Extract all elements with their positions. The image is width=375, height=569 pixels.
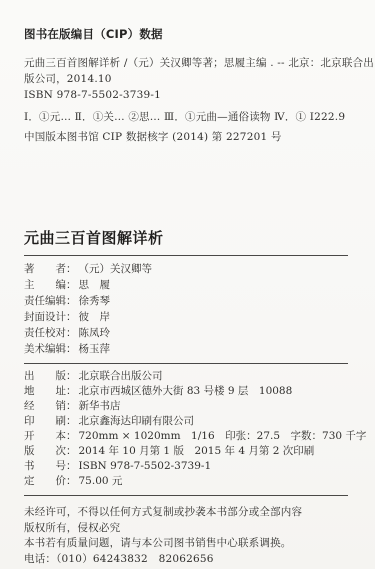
colophon-section: 元曲三百首图解详析 著 者： （元）关汉卿等 主 编： 思 履 责任编辑： 徐秀… <box>24 227 348 567</box>
publishing-list: 出 版： 北京联合出版公司 地 址： 北京市西城区德外大街 83 号楼 9 层 … <box>24 364 348 495</box>
publishing-row-printer: 印 刷： 北京鑫海达印刷有限公司 <box>24 414 348 429</box>
row-label: 著 者： <box>24 261 77 277</box>
row-value: 思 履 <box>77 277 111 293</box>
row-value: （元）关汉卿等 <box>77 261 153 277</box>
row-value: 北京鑫海达印刷有限公司 <box>77 414 195 429</box>
row-label: 责任编辑： <box>24 293 77 309</box>
credit-row-cover-design: 封面设计： 彼 岸 <box>24 309 348 325</box>
notice-quality: 本书若有质量问题，请与本公司图书销售中心联系调换。 <box>24 536 348 552</box>
row-value: ISBN 978-7-5502-3739-1 <box>77 459 212 474</box>
cip-classification-line: Ⅰ．①元… Ⅱ．①关… ②思… Ⅲ．①元曲—通俗读物 Ⅳ．① I222.9 <box>24 109 348 125</box>
row-label: 版 次： <box>24 444 77 459</box>
cip-heading: 图书在版编目（CIP）数据 <box>24 26 348 42</box>
publishing-row-distributor: 经 销： 新华书店 <box>24 399 348 414</box>
cip-section: 图书在版编目（CIP）数据 元曲三百首图解详析 /（元）关汉卿等著；思履主编 .… <box>24 26 348 145</box>
book-title: 元曲三百首图解详析 <box>24 227 348 248</box>
copyright-page: 图书在版编目（CIP）数据 元曲三百首图解详析 /（元）关汉卿等著；思履主编 .… <box>0 0 375 569</box>
credit-row-author: 著 者： （元）关汉卿等 <box>24 261 348 277</box>
row-label: 书 号： <box>24 459 77 474</box>
row-value: 新华书店 <box>77 399 121 414</box>
credit-row-proofreader: 责任校对： 陈凤玲 <box>24 325 348 341</box>
row-value: 徐秀琴 <box>77 293 111 309</box>
publishing-row-format: 开 本： 720mm × 1020mm 1/16 印张：27.5 字数：730 … <box>24 429 348 444</box>
row-label: 经 销： <box>24 399 77 414</box>
row-value: 北京联合出版公司 <box>77 369 163 384</box>
cip-description-line-2: 版公司，2014.10 <box>24 71 348 87</box>
cip-description-line-1: 元曲三百首图解详析 /（元）关汉卿等著；思履主编 . -- 北京：北京联合出 <box>24 55 348 71</box>
row-label: 责任校对： <box>24 325 77 341</box>
row-value: 彼 岸 <box>77 309 111 325</box>
notice-list: 未经许可，不得以任何方式复制或抄袭本书部分或全部内容 版权所有，侵权必究 本书若… <box>24 496 348 567</box>
publishing-row-edition: 版 次： 2014 年 10 月第 1 版 2015 年 4 月第 2 次印刷 <box>24 444 348 459</box>
publishing-row-address: 地 址： 北京市西城区德外大街 83 号楼 9 层 10088 <box>24 384 348 399</box>
cip-isbn-line: ISBN 978-7-5502-3739-1 <box>24 87 348 103</box>
publishing-row-isbn: 书 号： ISBN 978-7-5502-3739-1 <box>24 459 348 474</box>
credit-row-chief-editor: 主 编： 思 履 <box>24 277 348 293</box>
row-value: 720mm × 1020mm 1/16 印张：27.5 字数：730 千字 <box>77 429 367 444</box>
row-value: 陈凤玲 <box>77 325 111 341</box>
row-label: 地 址： <box>24 384 77 399</box>
publishing-row-price: 定 价： 75.00 元 <box>24 474 348 489</box>
publishing-row-publisher: 出 版： 北京联合出版公司 <box>24 369 348 384</box>
credit-row-responsible-editor: 责任编辑： 徐秀琴 <box>24 293 348 309</box>
row-label: 美术编辑： <box>24 341 77 357</box>
row-label: 主 编： <box>24 277 77 293</box>
credit-row-art-editor: 美术编辑： 杨玉萍 <box>24 341 348 357</box>
notice-copyright: 版权所有，侵权必究 <box>24 521 348 537</box>
row-label: 印 刷： <box>24 414 77 429</box>
row-label: 封面设计： <box>24 309 77 325</box>
row-value: 北京市西城区德外大街 83 号楼 9 层 10088 <box>77 384 293 399</box>
row-value: 75.00 元 <box>77 474 123 489</box>
row-value: 杨玉萍 <box>77 341 111 357</box>
row-label: 开 本： <box>24 429 77 444</box>
notice-no-copy: 未经许可，不得以任何方式复制或抄袭本书部分或全部内容 <box>24 505 348 521</box>
row-label: 出 版： <box>24 369 77 384</box>
row-value: 2014 年 10 月第 1 版 2015 年 4 月第 2 次印刷 <box>77 444 315 459</box>
credits-list: 著 者： （元）关汉卿等 主 编： 思 履 责任编辑： 徐秀琴 封面设计： 彼 … <box>24 256 348 363</box>
cip-record-number-line: 中国版本图书馆 CIP 数据核字 (2014) 第 227201 号 <box>24 129 348 145</box>
notice-phone: 电话：（010）64243832 82062656 <box>24 552 348 568</box>
row-label: 定 价： <box>24 474 77 489</box>
